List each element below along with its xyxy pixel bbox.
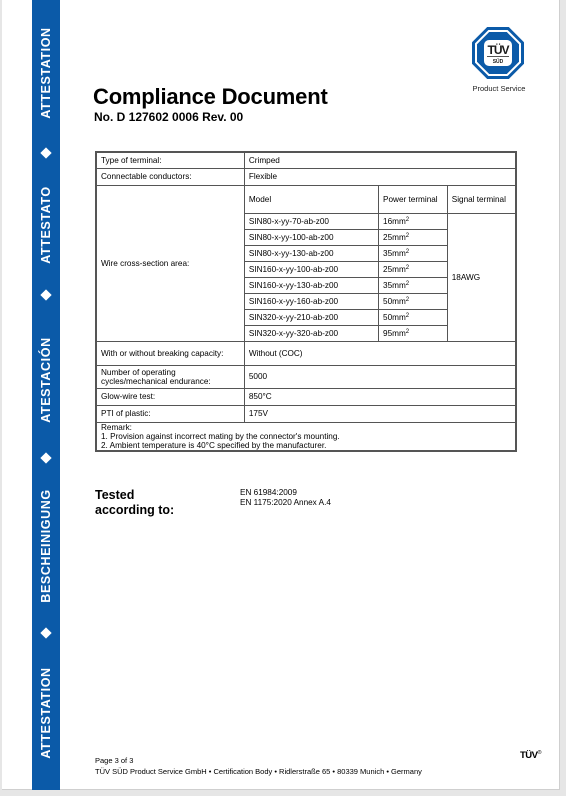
model-cell: SIN160-x-yy-130-ab-z00 (244, 277, 378, 293)
band-word-bescheinigung: BESCHEINIGUNG (39, 489, 53, 602)
svg-text:SÜD: SÜD (493, 58, 504, 65)
row-value: Crimped (244, 152, 516, 168)
band-word-attestation-2: ATTESTATION (39, 667, 53, 758)
power-cell: 50mm2 (379, 293, 448, 309)
tested-according-to-label: Tested according to: (95, 488, 174, 518)
model-cell: SIN80-x-yy-130-ab-z00 (244, 245, 378, 261)
standards-list: EN 61984:2009 EN 1175:2020 Annex A.4 (240, 488, 331, 508)
table-row: Connectable conductors: Flexible (96, 168, 516, 185)
power-cell: 35mm2 (379, 245, 448, 261)
diamond-icon (40, 627, 51, 638)
tuv-trademark-icon: TÜV® (520, 750, 541, 761)
model-cell: SIN80-x-yy-70-ab-z00 (244, 213, 378, 229)
power-cell: 16mm2 (379, 213, 448, 229)
document-number: No. D 127602 0006 Rev. 00 (94, 110, 243, 124)
specification-table: Type of terminal: Crimped Connectable co… (95, 151, 517, 452)
table-row: Number of operating cycles/mechanical en… (96, 365, 516, 388)
document-title: Compliance Document (93, 84, 328, 110)
row-label: Glow-wire test: (96, 388, 244, 405)
power-cell: 25mm2 (379, 229, 448, 245)
table-row: Glow-wire test: 850°C (96, 388, 516, 405)
row-label: Number of operating cycles/mechanical en… (96, 365, 244, 388)
column-header-model: Model (244, 185, 378, 213)
standard-item: EN 1175:2020 Annex A.4 (240, 498, 331, 508)
diamond-icon (40, 147, 51, 158)
band-word-atestacion: ATESTACIÓN (39, 337, 53, 422)
page-number: Page 3 of 3 (95, 756, 133, 765)
svg-text:TÜV: TÜV (488, 42, 510, 57)
model-cell: SIN160-x-yy-100-ab-z00 (244, 261, 378, 277)
table-row: Wire cross-section area: Model Power ter… (96, 185, 516, 213)
row-value: Without (COC) (244, 341, 516, 365)
row-value: 850°C (244, 388, 516, 405)
power-cell: 95mm2 (379, 325, 448, 341)
document-page: ATTESTATION ATTESTATO ATESTACIÓN BESCHEI… (2, 0, 560, 790)
power-cell: 35mm2 (379, 277, 448, 293)
band-word-attestato: ATTESTATO (39, 186, 53, 263)
power-cell: 50mm2 (379, 309, 448, 325)
row-value: 5000 (244, 365, 516, 388)
model-cell: SIN80-x-yy-100-ab-z00 (244, 229, 378, 245)
remark-row: Remark: 1. Provision against incorrect m… (96, 422, 516, 451)
logo-caption: Product Service (468, 84, 530, 93)
row-label: Wire cross-section area: (96, 185, 244, 341)
table-row: PTI of plastic: 175V (96, 405, 516, 422)
model-cell: SIN320-x-yy-320-ab-z00 (244, 325, 378, 341)
band-word-attestation: ATTESTATION (39, 27, 53, 118)
remark-label: Remark: (101, 423, 511, 432)
row-label: With or without breaking capacity: (96, 341, 244, 365)
diamond-icon (40, 452, 51, 463)
footer-address: TÜV SÜD Product Service GmbH • Certifica… (95, 767, 422, 776)
signal-cell: 18AWG (447, 213, 516, 341)
power-cell: 25mm2 (379, 261, 448, 277)
row-label: PTI of plastic: (96, 405, 244, 422)
remark-line: 2. Ambient temperature is 40°C specified… (101, 441, 511, 450)
model-cell: SIN320-x-yy-210-ab-z00 (244, 309, 378, 325)
table-row: Type of terminal: Crimped (96, 152, 516, 168)
side-band: ATTESTATION ATTESTATO ATESTACIÓN BESCHEI… (32, 0, 60, 790)
row-label: Type of terminal: (96, 152, 244, 168)
row-label: Connectable conductors: (96, 168, 244, 185)
row-value: Flexible (244, 168, 516, 185)
model-cell: SIN160-x-yy-160-ab-z00 (244, 293, 378, 309)
remark-line: 1. Provision against incorrect mating by… (101, 432, 511, 441)
diamond-icon (40, 289, 51, 300)
table-row: With or without breaking capacity: Witho… (96, 341, 516, 365)
column-header-signal: Signal terminal (447, 185, 516, 213)
remark-cell: Remark: 1. Provision against incorrect m… (96, 422, 516, 451)
row-value: 175V (244, 405, 516, 422)
standard-item: EN 61984:2009 (240, 488, 331, 498)
tuv-sud-logo-icon: TÜV SÜD (472, 27, 524, 79)
column-header-power: Power terminal (379, 185, 448, 213)
